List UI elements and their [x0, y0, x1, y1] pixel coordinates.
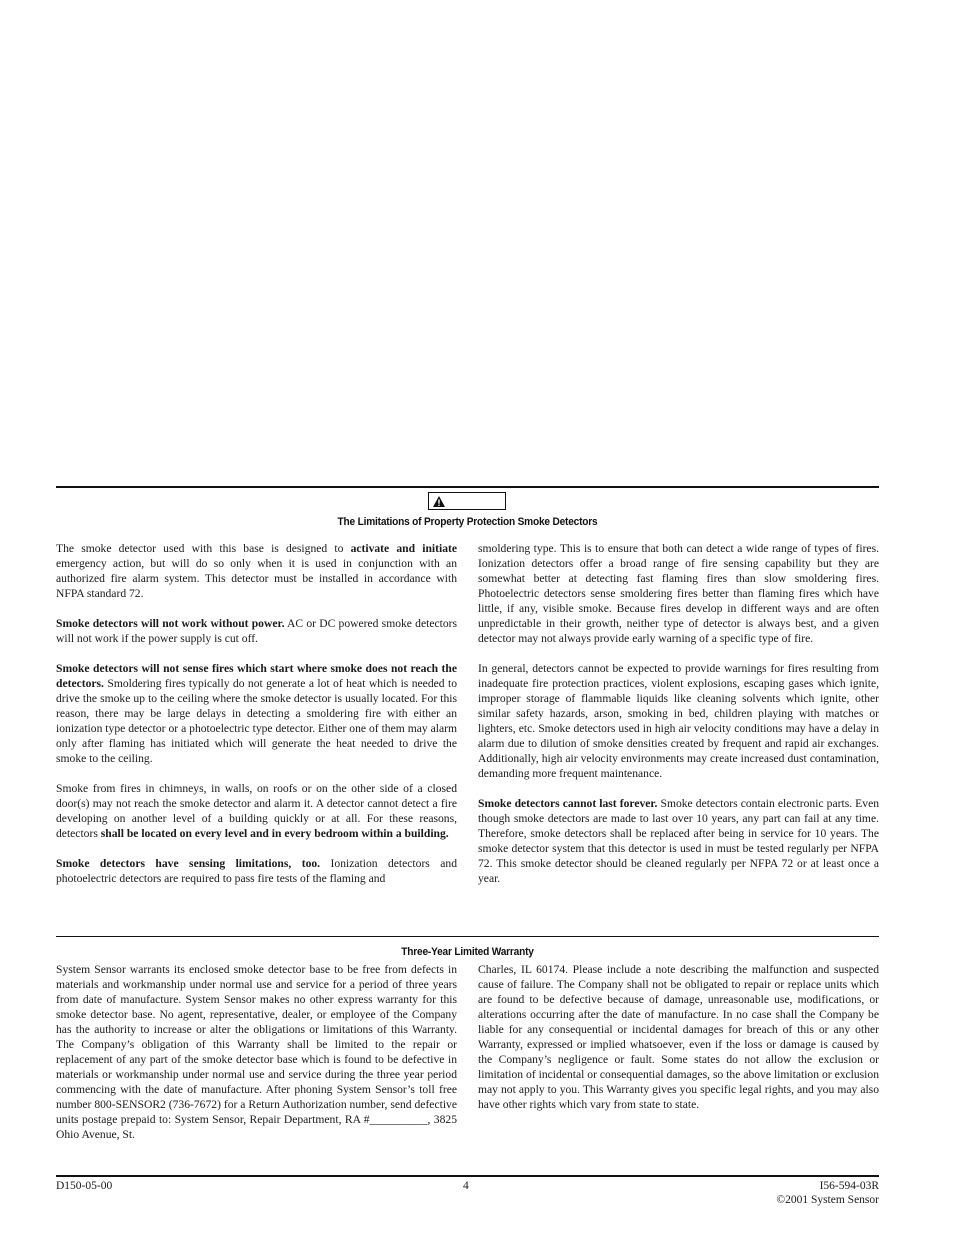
paragraph: Smoke detectors will not sense fires whi… — [56, 661, 457, 766]
paragraph: smoldering type. This is to ensure that … — [478, 541, 879, 646]
warning-triangle-icon — [433, 496, 445, 507]
bold-run: Smoke detectors have sensing limitations… — [56, 857, 320, 870]
paragraph: Charles, IL 60174. Please include a note… — [478, 962, 879, 1112]
warranty-right-column: Charles, IL 60174. Please include a note… — [478, 962, 879, 1112]
limitations-heading: The Limitations of Property Protection S… — [89, 516, 846, 528]
paragraph: Smoke from fires in chimneys, in walls, … — [56, 781, 457, 841]
paragraph: Smoke detectors cannot last forever. Smo… — [478, 796, 879, 886]
paragraph: The smoke detector used with this base i… — [56, 541, 457, 601]
warranty-left-column: System Sensor warrants its enclosed smok… — [56, 962, 457, 1142]
paragraph: Smoke detectors have sensing limitations… — [56, 856, 457, 886]
footer-doc-code: D150-05-00 — [56, 1179, 112, 1193]
section-divider-warranty — [56, 936, 879, 937]
text-run: The smoke detector used with this base i… — [56, 542, 351, 555]
text-run: Smoldering fires typically do not genera… — [56, 677, 457, 765]
paragraph: Smoke detectors will not work without po… — [56, 616, 457, 646]
bold-run: activate and initi­ate — [351, 542, 457, 555]
text-run: smoldering type. This is to ensure that … — [478, 542, 879, 645]
section-divider-top — [56, 486, 879, 488]
text-run: Smoke detectors contain electronic parts… — [478, 797, 879, 885]
text-run: System Sensor warrants its enclosed smok… — [56, 963, 457, 1141]
bold-run: Smoke detectors cannot last forever. — [478, 797, 657, 810]
footer-part-number: I56-594-03R — [820, 1179, 879, 1193]
bold-run: shall be located on every level and in e… — [101, 827, 449, 840]
footer-divider — [56, 1175, 879, 1177]
limitations-right-column: smoldering type. This is to ensure that … — [478, 541, 879, 886]
text-run: emergency action, but will do so only wh… — [56, 557, 457, 600]
bold-run: Smoke detectors will not work without po… — [56, 617, 284, 630]
paragraph: System Sensor warrants its enclosed smok… — [56, 962, 457, 1142]
footer-page-number: 4 — [463, 1179, 469, 1193]
text-run: In general, detectors cannot be expected… — [478, 662, 879, 780]
warning-label-box — [428, 492, 506, 510]
paragraph: In general, detectors cannot be expected… — [478, 661, 879, 781]
limitations-left-column: The smoke detector used with this base i… — [56, 541, 457, 886]
warranty-heading: Three-Year Limited Warranty — [89, 946, 846, 958]
text-run: Charles, IL 60174. Please include a note… — [478, 963, 879, 1111]
footer-copyright: ©2001 System Sensor — [776, 1193, 879, 1207]
